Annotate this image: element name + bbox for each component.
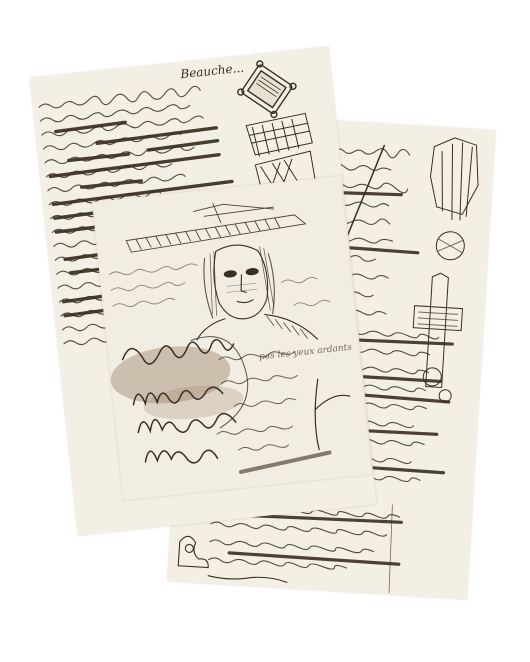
sheet-front-center: pas les yeux ardants [92,176,372,500]
hatched-banner [123,194,306,253]
front-fragment-1: pas les yeux ardants [259,343,353,363]
manuscript-photo: Beauche... [0,0,530,662]
sheet-left-heading: Beauche... [179,61,245,82]
sheet-front-writing: pas les yeux ardants [92,176,372,500]
ornate-frame-sketch [237,60,298,119]
lantern-sketch [425,137,480,262]
portrait-sketch [188,238,318,352]
